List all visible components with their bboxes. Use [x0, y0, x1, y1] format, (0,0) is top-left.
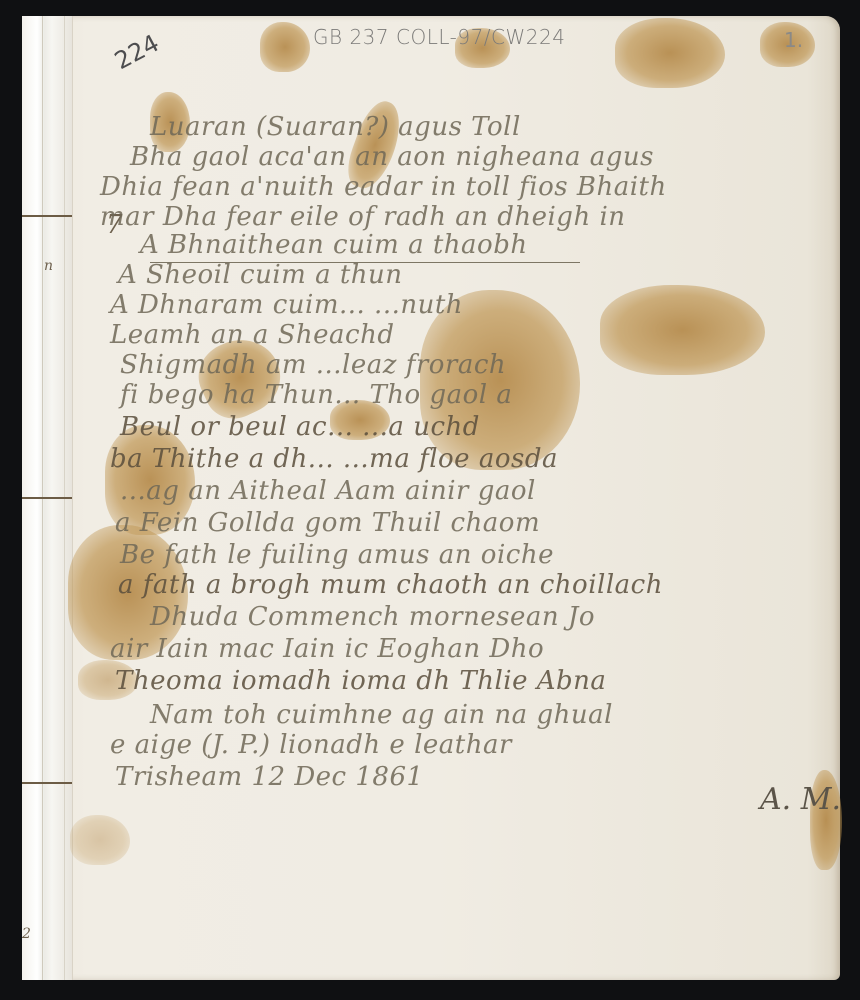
manuscript-line: A Sheoil cuim a thun [118, 260, 403, 290]
manuscript-line: e aige (J. P.) lionadh e leathar [110, 730, 512, 760]
water-stain [260, 22, 310, 72]
manuscript-line: A Dhnaram cuim... ...nuth [110, 290, 463, 320]
water-stain [600, 285, 765, 375]
manuscript-line: Leamh an a Sheachd [110, 320, 395, 350]
water-stain [70, 815, 130, 865]
signature: A. M. [760, 782, 841, 817]
manuscript-line: Nam toh cuimhne ag ain na ghual [150, 700, 613, 730]
margin-mark: 2 [22, 926, 31, 942]
water-stain [615, 18, 725, 88]
manuscript-line: ...ag an Aitheal Aam ainir gaol [120, 476, 536, 506]
manuscript-line: Theoma iomadh ioma dh Thlie Abna [115, 666, 606, 696]
binding-stitch [22, 497, 72, 499]
manuscript-line: Be fath le fuiling amus an oiche [120, 540, 554, 570]
manuscript-line: mar Dha fear eile of radh an dheigh in [100, 202, 626, 232]
manuscript-line: Dhia fean a'nuith eadar in toll fios Bha… [100, 172, 667, 202]
binding-stitch [22, 215, 72, 217]
manuscript-line: fi bego ha Thun... Tho gaol a [120, 380, 512, 410]
manuscript-line: Beul or beul ac... ...a uchd [120, 412, 480, 442]
margin-mark: n [44, 258, 53, 274]
manuscript-line: air Iain mac Iain ic Eoghan Dho [110, 634, 544, 664]
manuscript-line: Luaran (Suaran?) agus Toll [150, 112, 521, 142]
folio-number: 1. [784, 28, 803, 52]
manuscript-line: Trisheam 12 Dec 1861 [115, 762, 424, 792]
manuscript-line: A Bhnaithean cuim a thaobh [140, 230, 528, 260]
archive-reference: GB 237 COLL-97/CW224 [313, 25, 565, 49]
strikethrough-line [150, 262, 580, 263]
manuscript-line: Shigmadh am ...leaz frorach [120, 350, 506, 380]
manuscript-line: Bha gaol aca'an an aon nigheana agus [130, 142, 654, 172]
binding-stitch [22, 782, 72, 784]
manuscript-line: Dhuda Commench mornesean Jo [150, 602, 595, 632]
manuscript-line: a Fein Gollda gom Thuil chaom [115, 508, 540, 538]
manuscript-line: a fath a brogh mum chaoth an choillach [118, 570, 663, 600]
manuscript-line: ba Thithe a dh... ...ma floe aosda [110, 444, 558, 474]
